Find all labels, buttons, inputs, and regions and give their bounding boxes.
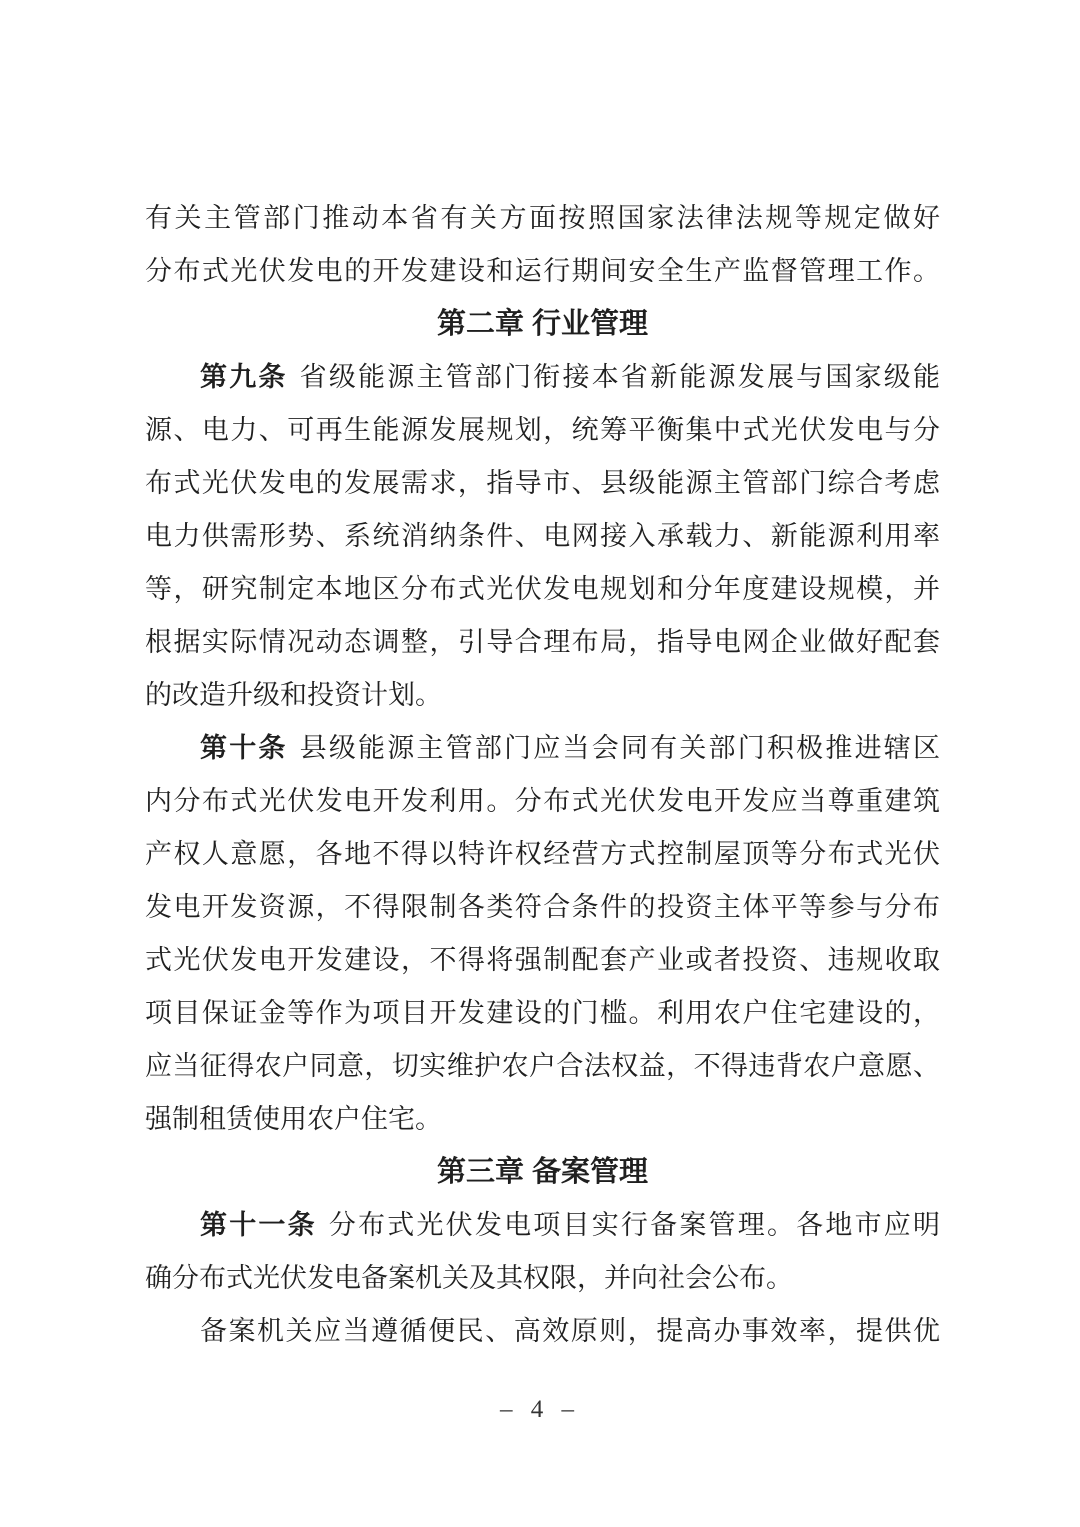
body-line: 确分布式光伏发电备案机关及其权限，并向社会公布。 (145, 1252, 940, 1305)
document-page: 有关主管部门推动本省有关方面按照国家法律法规等规定做好 分布式光伏发电的开发建设… (0, 0, 1080, 1527)
body-line-text: 县级能源主管部门应当会同有关部门积极推进辖区 (300, 733, 940, 763)
body-line: 项目保证金等作为项目开发建设的门槛。利用农户住宅建设的， (145, 987, 940, 1040)
body-line-paragraph-start: 第十条县级能源主管部门应当会同有关部门积极推进辖区 (145, 722, 940, 775)
body-line-paragraph-start: 备案机关应当遵循便民、高效原则，提高办事效率，提供优 (145, 1305, 940, 1358)
body-line-text: 省级能源主管部门衔接本省新能源发展与国家级能 (300, 362, 940, 392)
body-line: 等，研究制定本地区分布式光伏发电规划和分年度建设规模，并 (145, 563, 940, 616)
body-line: 式光伏发电开发建设，不得将强制配套产业或者投资、违规收取 (145, 934, 940, 987)
body-line-text: 分布式光伏发电项目实行备案管理。各地市应明 (329, 1210, 940, 1240)
body-line: 分布式光伏发电的开发建设和运行期间安全生产监督管理工作。 (145, 245, 940, 298)
body-line-paragraph-start: 第十一条分布式光伏发电项目实行备案管理。各地市应明 (145, 1199, 940, 1252)
body-line: 有关主管部门推动本省有关方面按照国家法律法规等规定做好 (145, 192, 940, 245)
chapter-heading-2: 第二章 行业管理 (145, 298, 940, 351)
body-line: 产权人意愿，各地不得以特许权经营方式控制屋顶等分布式光伏 (145, 828, 940, 881)
chapter-heading-3: 第三章 备案管理 (145, 1146, 940, 1199)
body-line-paragraph-end: 的改造升级和投资计划。 (145, 669, 940, 722)
article-number-label: 第十条 (200, 733, 288, 763)
body-line: 根据实际情况动态调整，引导合理布局，指导电网企业做好配套 (145, 616, 940, 669)
article-number-label: 第九条 (200, 362, 288, 392)
body-line: 源、电力、可再生能源发展规划，统筹平衡集中式光伏发电与分 (145, 404, 940, 457)
body-line: 应当征得农户同意，切实维护农户合法权益，不得违背农户意愿、 (145, 1040, 940, 1093)
page-number: – 4 – (0, 1396, 1080, 1424)
body-line: 发电开发资源，不得限制各类符合条件的投资主体平等参与分布 (145, 881, 940, 934)
body-line-paragraph-start: 第九条省级能源主管部门衔接本省新能源发展与国家级能 (145, 351, 940, 404)
body-line: 电力供需形势、系统消纳条件、电网接入承载力、新能源利用率 (145, 510, 940, 563)
body-line: 布式光伏发电的发展需求，指导市、县级能源主管部门综合考虑 (145, 457, 940, 510)
document-body: 有关主管部门推动本省有关方面按照国家法律法规等规定做好 分布式光伏发电的开发建设… (145, 192, 940, 1358)
body-line: 内分布式光伏发电开发利用。分布式光伏发电开发应当尊重建筑 (145, 775, 940, 828)
body-line-paragraph-end: 强制租赁使用农户住宅。 (145, 1093, 940, 1146)
article-number-label: 第十一条 (200, 1210, 317, 1240)
